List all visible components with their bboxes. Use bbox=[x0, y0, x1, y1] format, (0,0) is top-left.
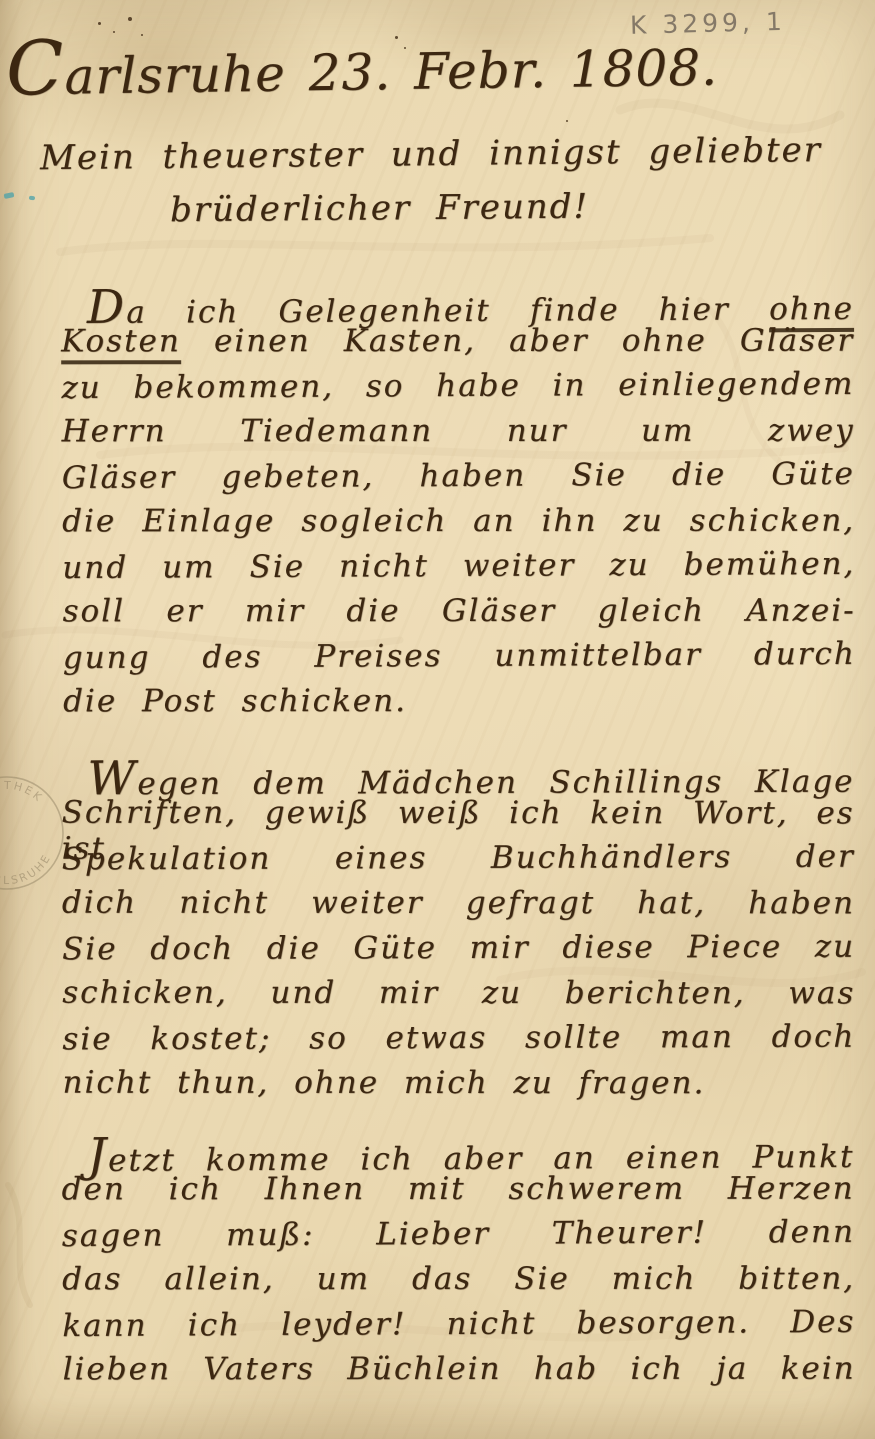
manuscript-line: sie kostet; so etwas sollte man doch bbox=[62, 1019, 855, 1067]
manuscript-line: und um Sie nicht weiter zu bemühen, bbox=[62, 546, 855, 595]
manuscript-line: Da ich Gelegenheit finde hier ohne bbox=[61, 276, 854, 325]
stamp-text-bottom: KARLSRUHE bbox=[0, 849, 58, 894]
line-text: einen Kasten, aber ohne Gläser bbox=[181, 323, 854, 360]
line-text: die Post schicken. bbox=[63, 683, 407, 719]
line-text: schicken, und mir zu berichten, was bbox=[62, 975, 855, 1012]
manuscript-line: das allein, um das Sie mich bitten, bbox=[62, 1261, 855, 1307]
manuscript-line: dich nicht weiter gefragt hat, haben bbox=[62, 885, 855, 931]
manuscript-line: schicken, und mir zu berichten, was bbox=[62, 975, 855, 1021]
manuscript-line: kann ich leyder! nicht besorgen. Des bbox=[62, 1304, 855, 1353]
manuscript-page: K 3299, 1 Carlsruhe 23. Febr. 1808. Mein… bbox=[0, 0, 875, 1439]
line-text: kann ich leyder! nicht besorgen. Des bbox=[62, 1304, 855, 1344]
line-text: Sie doch die Güte mir diese Piece zu bbox=[62, 929, 855, 968]
line-text: lieben Vaters Büchlein hab ich ja kein bbox=[63, 1351, 856, 1388]
paragraph-3: Jetzt komme ich aber an einen Punktden i… bbox=[61, 1124, 855, 1398]
salutation-line-2: brüderlicher Freund! bbox=[170, 186, 690, 231]
manuscript-line: lieben Vaters Büchlein hab ich ja kein bbox=[63, 1351, 856, 1397]
manuscript-line: Herrn Tiedemann nur um zwey bbox=[62, 413, 855, 459]
manuscript-line: die Post schicken. bbox=[63, 683, 856, 729]
manuscript-line: gung des Preises unmittelbar durch bbox=[63, 636, 856, 685]
archive-number: K 3299, 1 bbox=[630, 5, 851, 40]
line-text: soll er mir die Gläser gleich Anzei- bbox=[63, 593, 856, 630]
salutation-line-1: Mein theuerster und innigst geliebter bbox=[40, 130, 850, 178]
line-text: zu bekommen, so habe in einliegendem bbox=[61, 366, 854, 406]
manuscript-line: Schriften, gewiß weiß ich kein Wort, es … bbox=[62, 795, 855, 841]
manuscript-line: Jetzt komme ich aber an einen Punkt bbox=[61, 1124, 854, 1173]
underlined-word: Kosten bbox=[61, 323, 181, 364]
line-text: Spekulation eines Buchhändlers der bbox=[62, 839, 855, 878]
svg-text:KARLSRUHE: KARLSRUHE bbox=[0, 849, 58, 894]
line-text: sie kostet; so etwas sollte man doch bbox=[62, 1019, 855, 1058]
line-text: die Einlage sogleich an ihn zu schicken, bbox=[62, 503, 855, 540]
manuscript-line: den ich Ihnen mit schwerem Herzen bbox=[62, 1171, 855, 1217]
paragraph-1: Da ich Gelegenheit finde hier ohneKosten… bbox=[61, 276, 856, 730]
manuscript-line: Kosten einen Kasten, aber ohne Gläser bbox=[61, 323, 854, 369]
line-text: gung des Preises unmittelbar durch bbox=[63, 636, 856, 676]
stamp-text-top: BIBLIOTHEK bbox=[0, 771, 48, 822]
line-text: das allein, um das Sie mich bitten, bbox=[62, 1261, 855, 1298]
manuscript-line: nicht thun, ohne mich zu fragen. bbox=[63, 1065, 856, 1111]
line-text: nicht thun, ohne mich zu fragen. bbox=[63, 1065, 706, 1102]
manuscript-line: soll er mir die Gläser gleich Anzei- bbox=[63, 593, 856, 639]
line-text: Herrn Tiedemann nur um zwey bbox=[62, 413, 855, 450]
line-text: Gläser gebeten, haben Sie die Güte bbox=[62, 456, 855, 496]
manuscript-line: Spekulation eines Buchhändlers der bbox=[62, 839, 855, 887]
manuscript-line: sagen muß: Lieber Theurer! denn bbox=[62, 1214, 855, 1263]
manuscript-line: Gläser gebeten, haben Sie die Güte bbox=[62, 456, 855, 505]
line-text: den ich Ihnen mit schwerem Herzen bbox=[62, 1171, 855, 1208]
svg-text:BIBLIOTHEK: BIBLIOTHEK bbox=[0, 771, 48, 822]
line-text: dich nicht weiter gefragt hat, haben bbox=[62, 885, 855, 922]
paragraph-2: Wegen dem Mädchen Schillings KlageSchrif… bbox=[61, 749, 855, 1112]
manuscript-line: zu bekommen, so habe in einliegendem bbox=[61, 366, 854, 415]
manuscript-line: die Einlage sogleich an ihn zu schicken, bbox=[62, 503, 855, 549]
manuscript-line: Wegen dem Mädchen Schillings Klage bbox=[61, 749, 854, 797]
line-text: sagen muß: Lieber Theurer! denn bbox=[62, 1214, 855, 1254]
manuscript-line: Sie doch die Güte mir diese Piece zu bbox=[62, 929, 855, 977]
line-text: und um Sie nicht weiter zu bemühen, bbox=[62, 546, 855, 586]
dateline: Carlsruhe 23. Febr. 1808. bbox=[5, 16, 646, 113]
